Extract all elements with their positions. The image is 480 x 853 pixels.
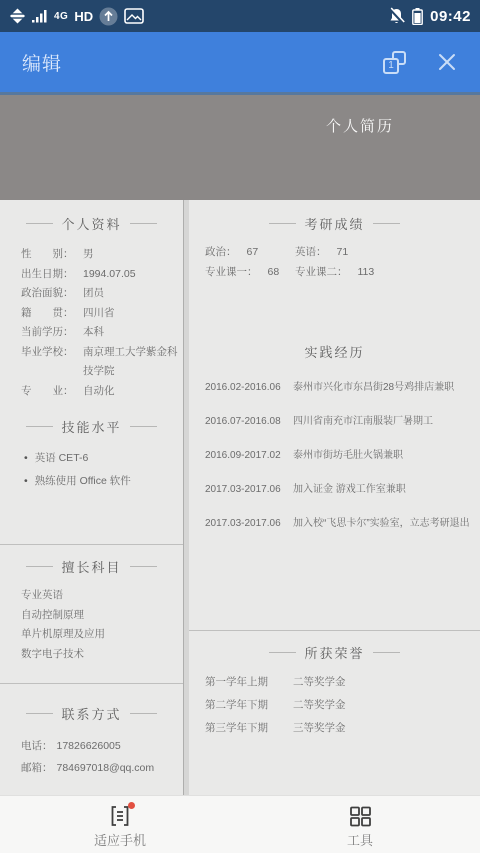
honor-item: 第一学年上期 二等奖学金 [189,671,480,694]
page-title: 编辑 [22,49,62,76]
exam-score: 专业课二：113 [295,262,480,282]
experience-item: 2016.09-2017.02 泰州市街坊毛肚火锅兼职 [189,450,480,462]
profile-row: 专 业： 自动化 [0,382,183,402]
field-value: 自动化 [83,382,179,402]
field-label: 专 业： [21,382,83,402]
experience-desc: 加入证金 游戏工作室兼职 [293,484,406,496]
honors-title-text: 所获荣誉 [304,643,364,662]
score-label: 专业课二： [295,266,348,278]
contact-title-text: 联系方式 [61,704,121,723]
profile-row: 当前学历： 本科 [0,323,183,343]
battery-icon [412,8,423,25]
honor-award: 三等奖学金 [293,717,346,740]
honor-period: 第三学年下期 [205,717,293,740]
score-value: 71 [337,246,349,258]
email-value: 784697018@qq.com [57,757,155,779]
experience-item: 2017.03-2017.06 加入校“飞思卡尔”实验室，立志考研退出 [189,518,480,530]
close-button[interactable] [436,51,458,73]
subject-item: 单片机原理及应用 [0,625,183,645]
title-line [26,713,53,714]
hd-label: HD [74,9,93,24]
window-count-value: 1 [383,58,399,74]
exam-section-title: 考研成绩 [189,214,480,232]
resume-banner[interactable]: 个人简历 [0,92,480,200]
profile-row: 性 别： 男 [0,245,183,265]
title-line [26,426,53,427]
field-value: 南京理工大学紫金科技学院 [83,343,179,382]
subjects-section-title: 擅长科目 [0,557,183,575]
honor-item: 第三学年下期 三等奖学金 [189,717,480,740]
resume-title: 个人简历 [0,95,480,136]
experience-date: 2016.09-2017.02 [205,450,293,462]
subject-item: 数字电子技术 [0,645,183,665]
title-line [130,713,157,714]
field-label: 电话： [21,735,53,757]
field-label: 性 别： [21,245,83,265]
fit-to-phone-label: 适应手机 [94,830,146,849]
score-label: 英语： [295,246,327,258]
skills-section-title: 技能水平 [0,417,183,435]
score-value: 68 [268,266,280,278]
signal-icon [32,9,48,23]
experience-desc: 泰州市街坊毛肚火锅兼职 [293,450,403,462]
experience-date: 2017.03-2017.06 [205,484,293,496]
tools-button[interactable]: 工具 [240,800,480,849]
score-label: 政治： [205,246,237,258]
honors-section-title: 所获荣誉 [189,643,480,661]
fit-to-phone-button[interactable]: 适应手机 [0,800,240,849]
title-line [130,426,157,427]
title-line [130,566,157,567]
profile-row: 出生日期： 1994.07.05 [0,265,183,285]
status-bar: 4G HD 09:42 [0,0,480,32]
resume-document[interactable]: 个人资料 性 别： 男 出生日期： 1994.07.05 政治面貌： 团员 籍 … [0,200,480,795]
bottom-toolbar: 适应手机 工具 [0,795,480,853]
section-honors: 所获荣誉 第一学年上期 二等奖学金 第二学年下期 二等奖学金 第三学年下期 三等… [189,630,480,795]
title-line [269,223,296,224]
title-line [373,652,400,653]
app-header: 编辑 1 [0,32,480,92]
subject-item: 自动控制原理 [0,606,183,626]
phone-fit-icon [108,804,132,828]
honor-item: 第二学年下期 二等奖学金 [189,694,480,717]
image-icon [124,8,144,24]
tools-label: 工具 [347,830,373,849]
field-label: 籍 贯： [21,304,83,324]
experience-item: 2017.03-2017.06 加入证金 游戏工作室兼职 [189,484,480,496]
title-line [26,566,53,567]
exam-score: 专业课一：68 [205,262,295,282]
score-value: 67 [247,246,259,258]
upload-circle-icon [99,7,118,26]
field-value: 1994.07.05 [83,265,179,285]
experience-desc: 加入校“飞思卡尔”实验室，立志考研退出 [293,518,470,530]
contact-row: 电话： 17826626005 [0,735,183,757]
experience-desc: 泰州市兴化市东昌街28号鸡排店兼职 [293,382,454,394]
profile-row: 籍 贯： 四川省 [0,304,183,324]
exam-score: 政治：67 [205,242,295,262]
field-label: 出生日期： [21,265,83,285]
score-label: 专业课一： [205,266,258,278]
section-experience: 实践经历 2016.02-2016.06 泰州市兴化市东昌街28号鸡排店兼职 2… [189,342,480,530]
subjects-title-text: 擅长科目 [61,557,121,576]
section-exam-scores: 考研成绩 政治：67 英语：71 专业课一：68 专业课二：113 [189,200,480,282]
field-label: 政治面貌： [21,284,83,304]
honor-award: 二等奖学金 [293,694,346,717]
experience-date: 2016.07-2016.08 [205,416,293,428]
exam-title-text: 考研成绩 [304,214,364,233]
title-line [373,223,400,224]
contact-section-title: 联系方式 [0,704,183,722]
experience-item: 2016.02-2016.06 泰州市兴化市东昌街28号鸡排店兼职 [189,382,480,394]
field-label: 毕业学校： [21,343,83,382]
field-value: 四川省 [83,304,179,324]
contact-row: 邮箱： 784697018@qq.com [0,757,183,779]
section-profile: 个人资料 性 别： 男 出生日期： 1994.07.05 政治面貌： 团员 籍 … [0,200,183,545]
field-label: 邮箱： [21,757,53,779]
clock: 09:42 [430,8,471,25]
skill-item: 英语 CET-6 [0,447,183,470]
resume-left-column: 个人资料 性 别： 男 出生日期： 1994.07.05 政治面貌： 团员 籍 … [0,200,183,795]
skills-title-text: 技能水平 [61,417,121,436]
title-line [130,223,157,224]
resume-right-column: 考研成绩 政治：67 英语：71 专业课一：68 专业课二：113 [189,200,480,795]
profile-title-text: 个人资料 [61,214,121,233]
field-value: 本科 [83,323,179,343]
exam-score: 英语：71 [295,242,480,262]
honor-period: 第一学年上期 [205,671,293,694]
section-contact: 联系方式 电话： 17826626005 邮箱： 784697018@qq.co… [0,684,183,795]
subject-item: 专业英语 [0,586,183,606]
tools-grid-icon [348,804,372,828]
experience-item: 2016.07-2016.08 四川省南充市江南服装厂暑期工 [189,416,480,428]
experience-desc: 四川省南充市江南服装厂暑期工 [293,416,433,428]
score-value: 113 [358,266,375,278]
window-count-button[interactable]: 1 [383,51,406,74]
experience-date: 2016.02-2016.06 [205,382,293,394]
network-type-label: 4G [54,11,68,22]
profile-section-title: 个人资料 [0,214,183,232]
title-line [269,652,296,653]
field-label: 当前学历： [21,323,83,343]
honor-award: 二等奖学金 [293,671,346,694]
title-line [26,223,53,224]
phone-value: 17826626005 [57,735,121,757]
honor-period: 第二学年下期 [205,694,293,717]
profile-row: 毕业学校： 南京理工大学紫金科技学院 [0,343,183,382]
bell-muted-icon [388,7,405,25]
section-subjects: 擅长科目 专业英语 自动控制原理 单片机原理及应用 数字电子技术 [0,545,183,684]
experience-title-text: 实践经历 [304,342,364,361]
experience-date: 2017.03-2017.06 [205,518,293,530]
close-icon [436,51,458,73]
profile-row: 政治面貌： 团员 [0,284,183,304]
field-value: 男 [83,245,179,265]
experience-section-title: 实践经历 [189,342,480,360]
skill-item: 熟练使用 Office 软件 [0,470,183,493]
notification-badge [128,802,135,809]
carrier-logo-icon [9,8,26,24]
field-value: 团员 [83,284,179,304]
